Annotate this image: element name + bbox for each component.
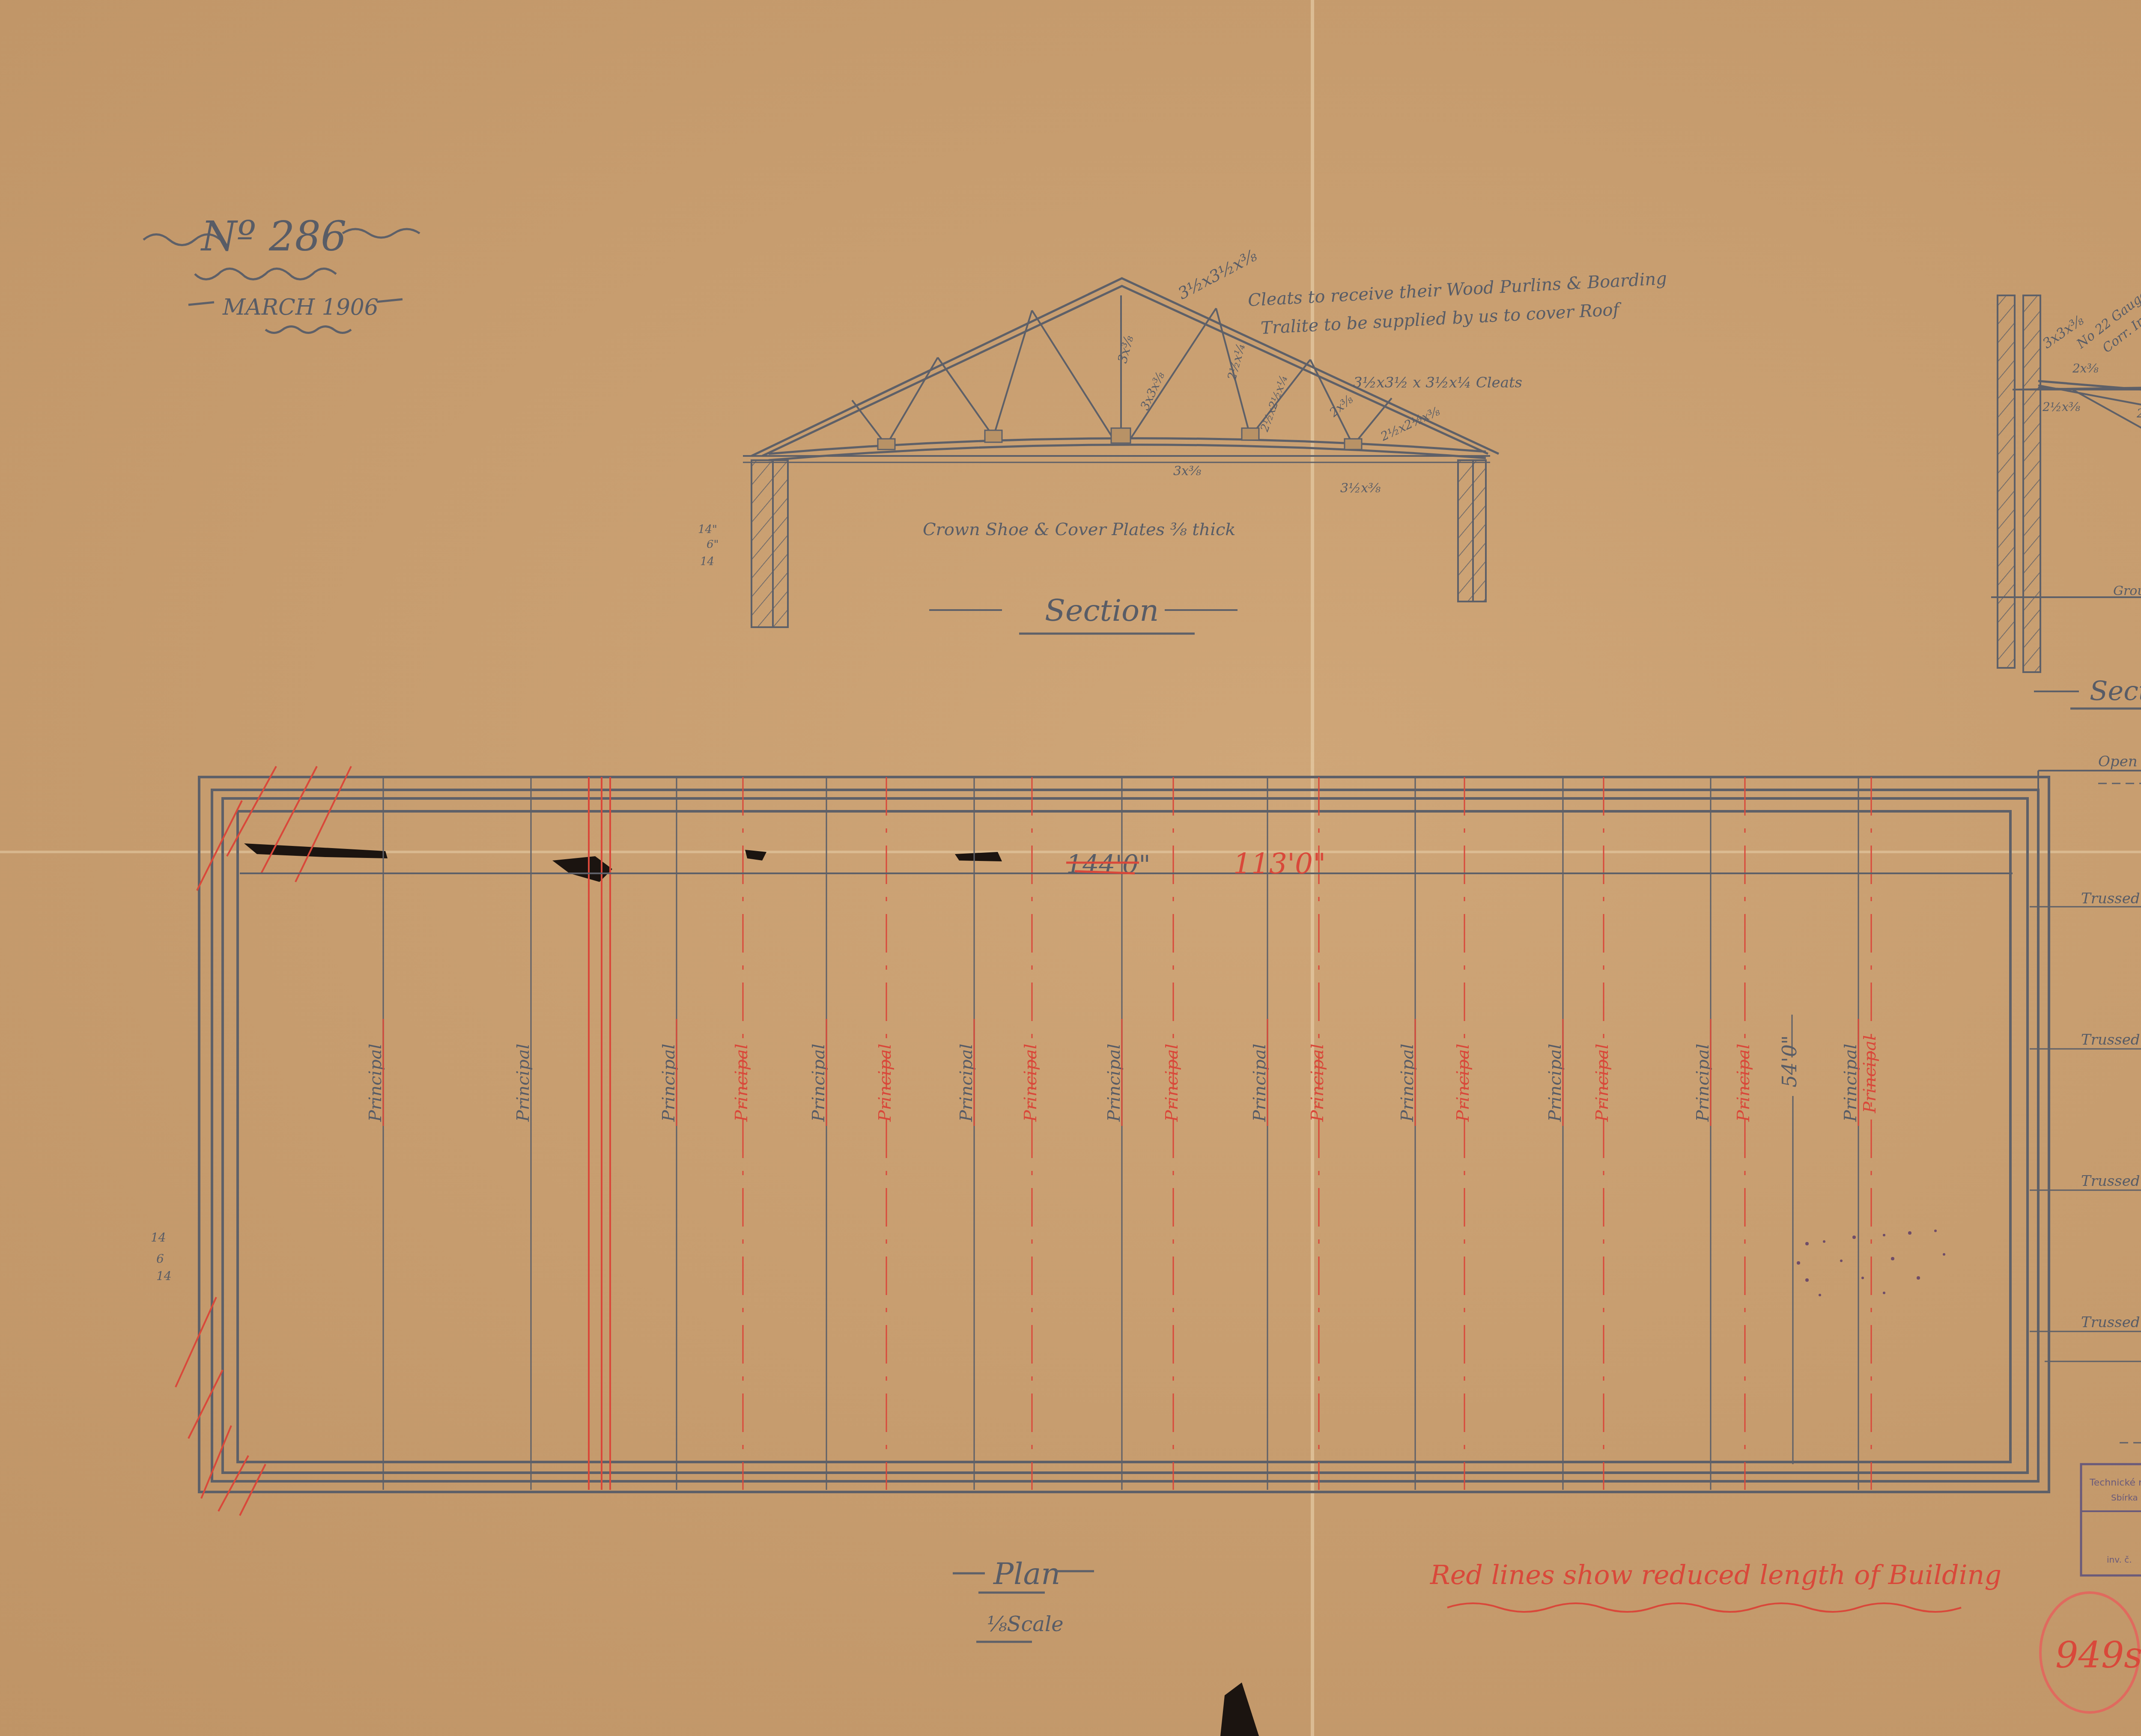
reduced-length-dim: 113'0" xyxy=(1233,847,1326,880)
wall-dim: 14 xyxy=(700,555,714,568)
crown-shoe-note: Crown Shoe & Cover Plates ⅜ thick xyxy=(923,520,1236,539)
section-title: Section xyxy=(1045,593,1159,628)
plan-title: Plan xyxy=(993,1556,1060,1591)
wall-dim: 14" xyxy=(698,523,717,536)
lean-to-lower-left-label: 2½x⅜ xyxy=(2042,400,2080,414)
stamp-line3: inv. č. xyxy=(2107,1554,2132,1565)
lean-to-strut-label: 2x⅜ xyxy=(2072,361,2099,375)
plan-wall-dim: 6 xyxy=(156,1252,164,1266)
trussed-rafter-label: Trussed Rafter xyxy=(2081,1314,2141,1331)
stamp-line1: Technické museum v Brně xyxy=(2089,1477,2141,1488)
drawing-date: MARCH 1906 xyxy=(222,295,379,320)
red-circle-number: 949s xyxy=(2055,1634,2141,1676)
principal-label: Principal xyxy=(1104,1044,1124,1122)
cleat-size-note: 3½x3½ x 3½x¼ Cleats xyxy=(1353,374,1522,391)
trussed-rafter-label: Trussed Rafter xyxy=(2081,1173,2141,1190)
plan-wall-dim: 14 xyxy=(156,1269,172,1283)
principal-label-red: Principal xyxy=(1592,1044,1612,1122)
principal-label-red: Principal xyxy=(732,1044,751,1122)
principal-label: Principal xyxy=(1693,1044,1713,1122)
lean-to-lower-right-label: 2½x⅜ xyxy=(2136,406,2141,420)
principal-label: Principal xyxy=(659,1044,679,1122)
principal-label-red: Principal xyxy=(1308,1044,1327,1122)
principal-label: Principal xyxy=(513,1044,533,1122)
principal-label: Principal xyxy=(809,1044,829,1122)
principal-label: Principal xyxy=(1841,1044,1861,1122)
trussed-rafter-label: Trussed Rafter xyxy=(2081,1031,2141,1048)
trussed-rafter-label: Trussed Rafter xyxy=(2081,890,2141,907)
principal-label-red: Principal xyxy=(875,1044,895,1122)
principal-label-red: Principal xyxy=(1453,1044,1473,1122)
wall-dim: 6" xyxy=(707,538,719,551)
principal-label: Principal xyxy=(957,1044,976,1122)
plan-width-dim: 54'0" xyxy=(1778,1035,1801,1087)
drawing-number: Nº 286 xyxy=(200,213,346,260)
principal-label: Principal xyxy=(1398,1044,1417,1122)
tie-label-left: 3x⅜ xyxy=(1173,464,1201,479)
ground-line-label: Ground line xyxy=(2113,584,2141,599)
original-length-dim: 144'0" xyxy=(1066,850,1151,880)
stamp-line2: Sbírka výkresů a plánů xyxy=(2111,1492,2141,1503)
red-lines-note: Red lines show reduced length of Buildin… xyxy=(1430,1559,2001,1590)
principal-label: Principal xyxy=(1545,1044,1565,1122)
principal-label: Principal xyxy=(1250,1044,1270,1122)
open-end-label: Open End xyxy=(2098,753,2141,770)
principal-label-red: Principal xyxy=(1734,1044,1753,1122)
drawing-sheet: Nº 286 MARCH 1906 3½x xyxy=(0,0,2141,1736)
principal-label-red: Principal xyxy=(1860,1035,1880,1114)
lean-to-section-title: Section xyxy=(2090,675,2141,706)
plan-wall-dim: 14 xyxy=(151,1230,166,1245)
tie-label-right: 3½x⅜ xyxy=(1340,481,1381,496)
principal-label-red: Principal xyxy=(1021,1044,1041,1122)
principal-label-red: Principal xyxy=(1162,1044,1182,1122)
principal-label: Principal xyxy=(366,1044,385,1122)
plan-scale: ⅛Scale xyxy=(987,1612,1064,1636)
